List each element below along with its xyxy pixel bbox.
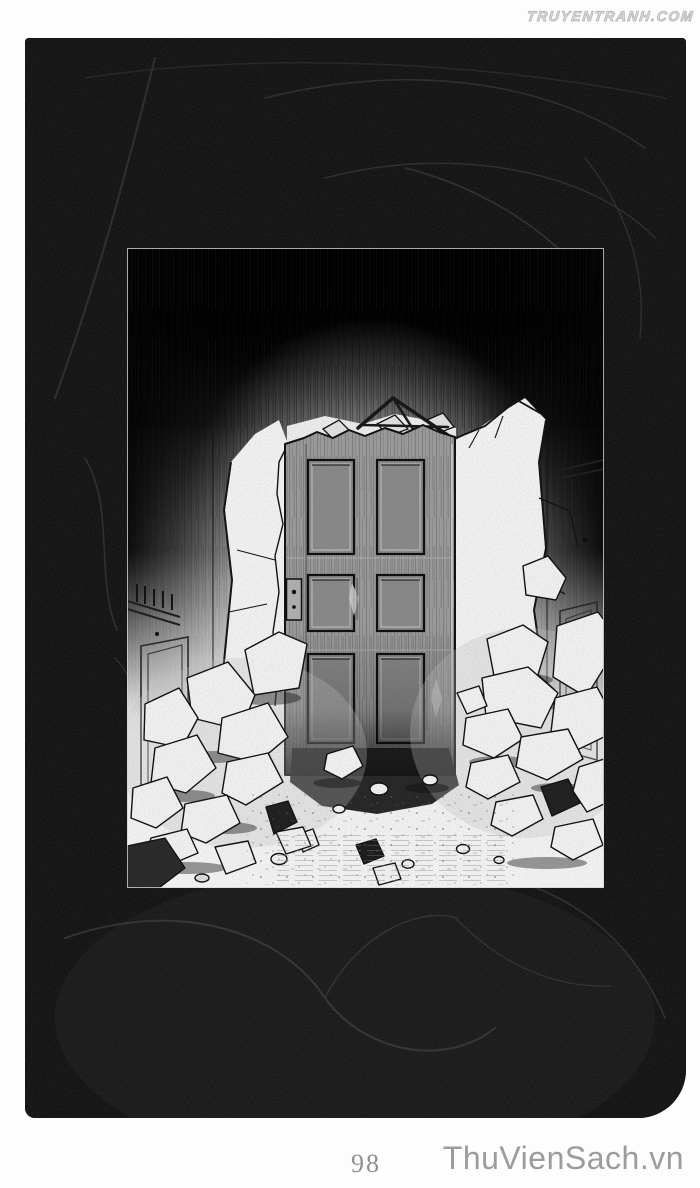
doorway-panel-illustration <box>127 248 604 888</box>
print-grain <box>127 248 604 888</box>
site-credit: ThuVienSach.vn <box>443 1139 684 1177</box>
manga-page-scan: TRUYENTRANH.COM <box>0 0 700 1188</box>
watermark-text: TRUYENTRANH.COM <box>526 9 695 24</box>
scanned-black-page <box>25 38 686 1118</box>
page-number: 98 <box>351 1150 391 1179</box>
